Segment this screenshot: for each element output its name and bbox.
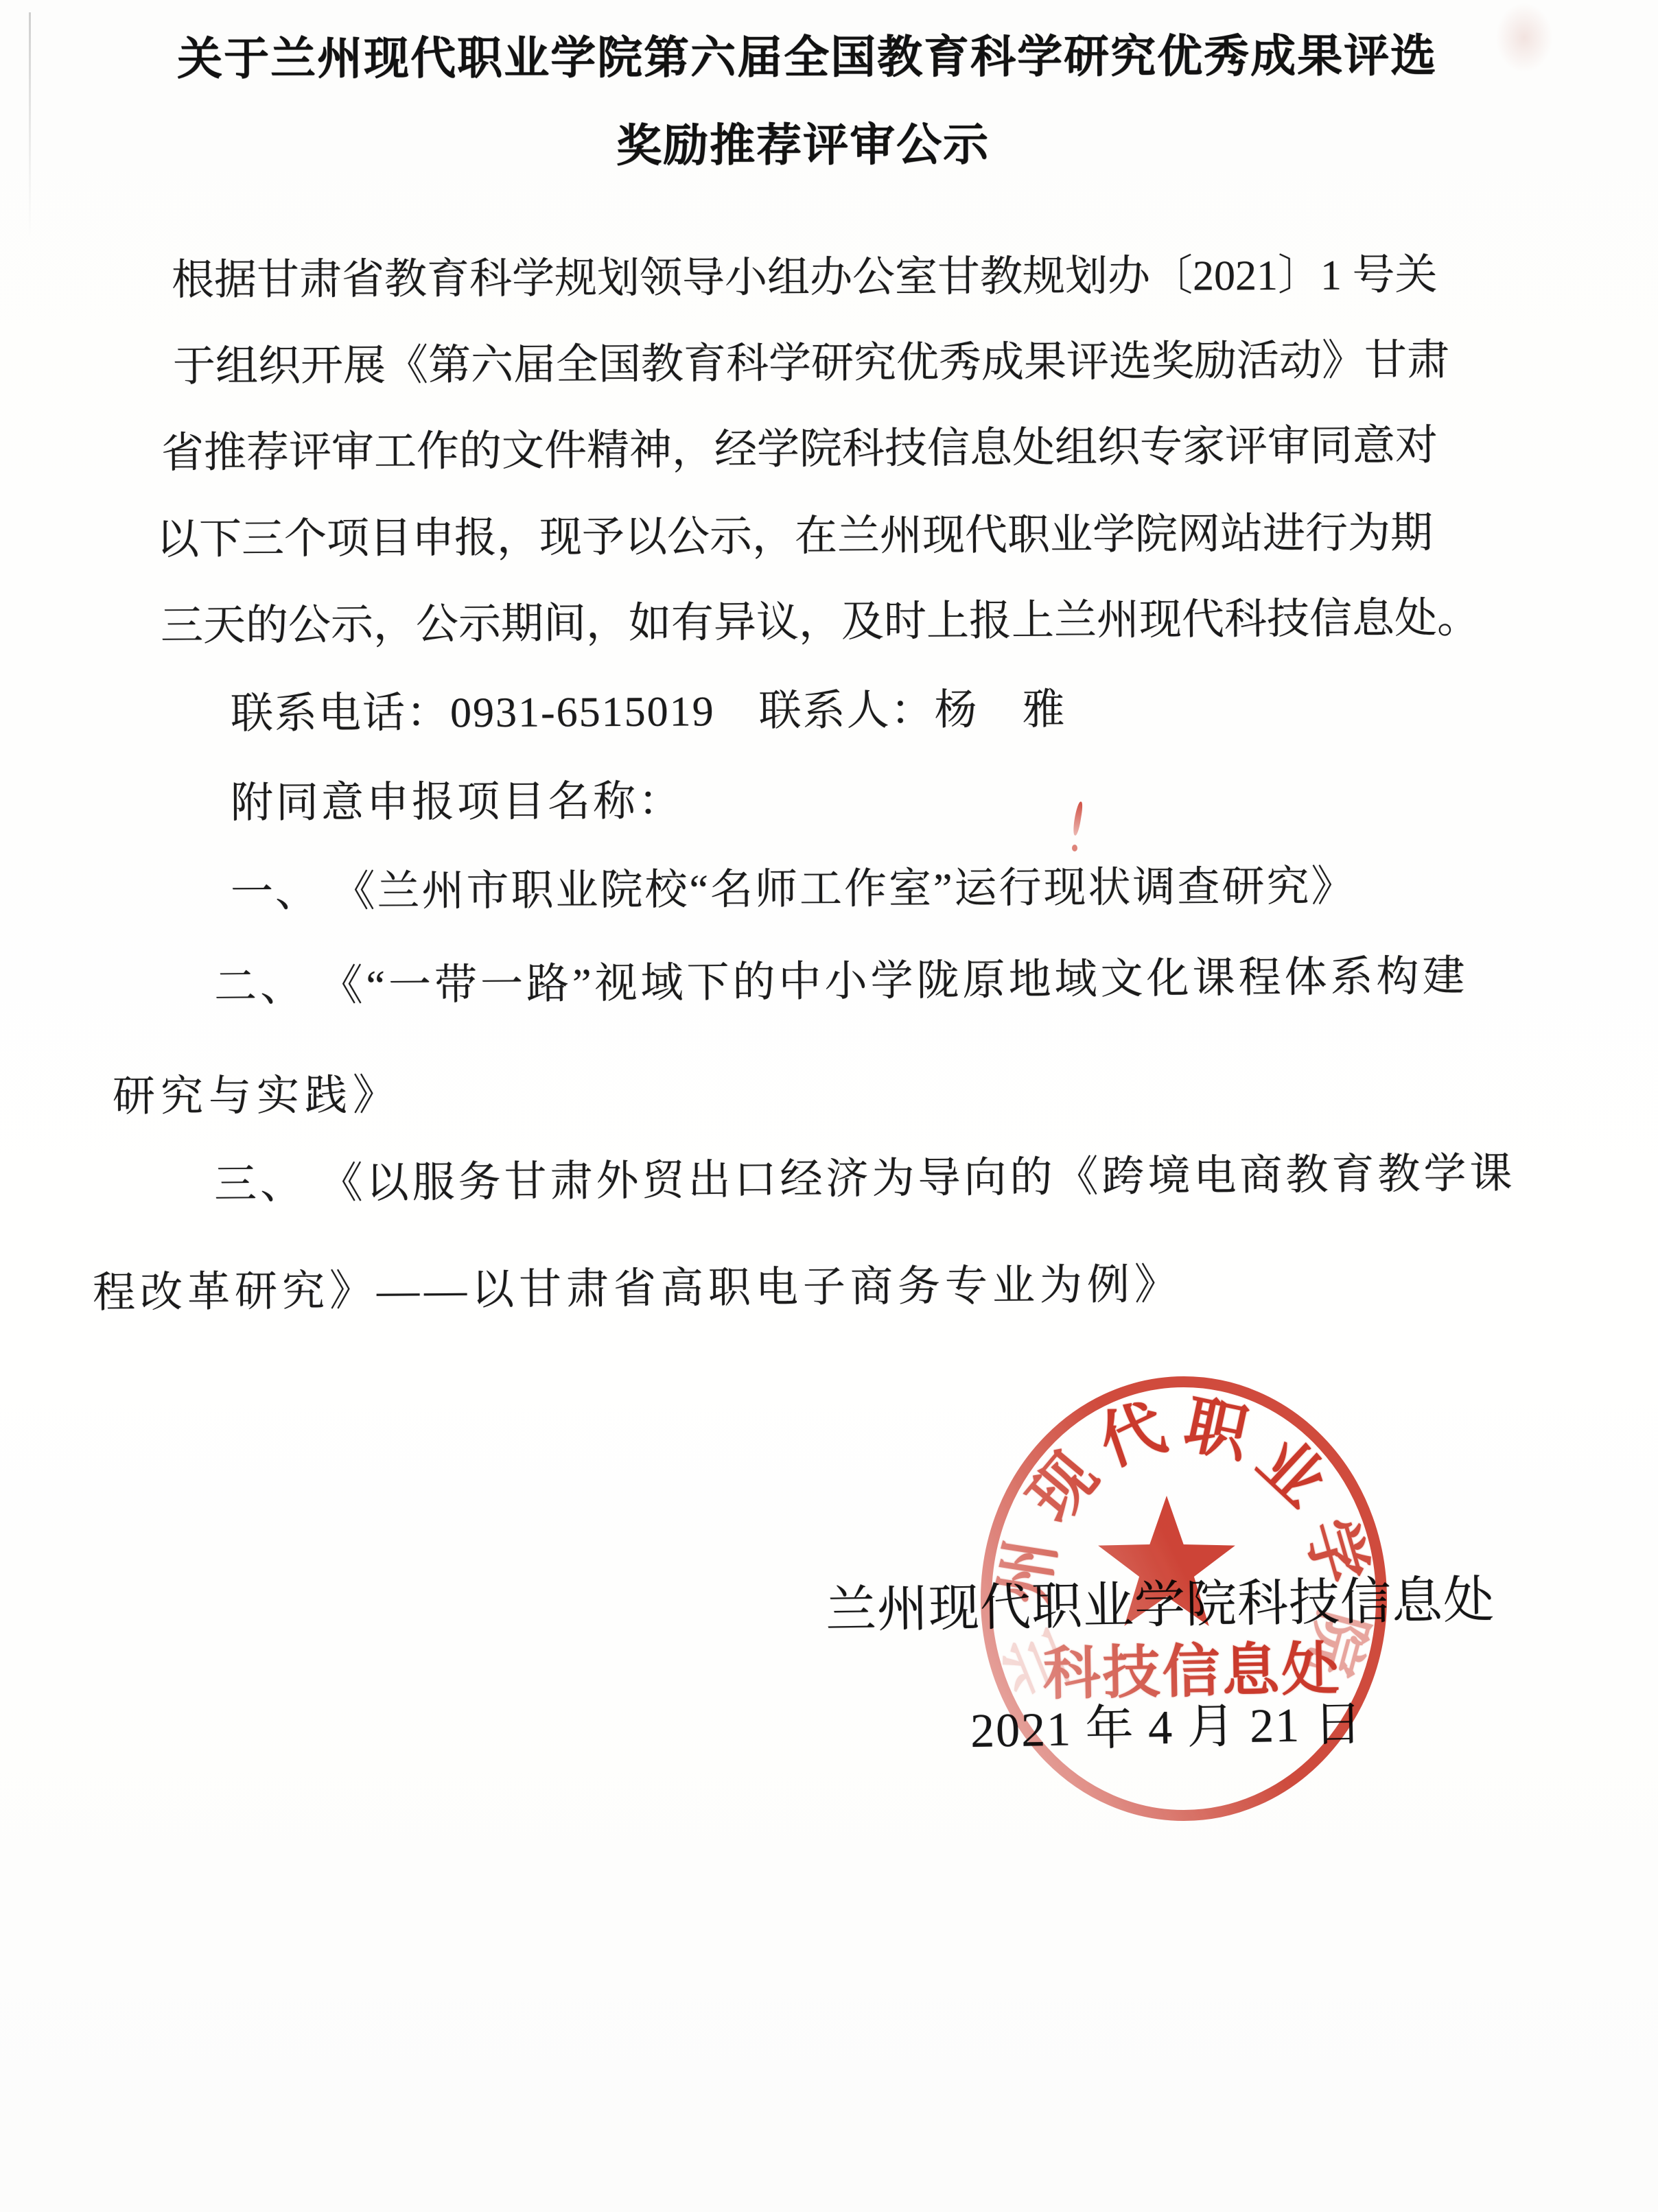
body-line: 三天的公示，公示期间，如有异议，及时上报上兰州现代科技信息处。: [161, 583, 1480, 652]
red-ink-speck: [1072, 801, 1084, 836]
body-line: 于组织开展《第六届全国教育科学研究优秀成果评选奖励活动》甘肃: [173, 325, 1449, 393]
issue-date: 2021 年 4 月 21 日: [970, 1685, 1364, 1761]
document-title-line-1: 关于兰州现代职业学院第六届全国教育科学研究优秀成果评选: [177, 19, 1437, 88]
project-line-3-continued: 程改革研究》——以甘肃省高职电子商务专业为例》: [93, 1250, 1182, 1319]
red-ink-dot: [1072, 845, 1077, 851]
project-line-3: 三、 《以服务甘肃外贸出口经济为导向的《跨境电商教育教学课: [214, 1138, 1516, 1211]
document-page: 关于兰州现代职业学院第六届全国教育科学研究优秀成果评选 奖励推荐评审公示 根据甘…: [0, 0, 1658, 2212]
seal-arc-char: 代: [1093, 1395, 1173, 1475]
body-line: 省推荐评审工作的文件精神，经学院科技信息处组织专家评审同意对: [161, 411, 1438, 480]
contact-line: 联系电话：0931-6515019 联系人：杨 雅: [231, 675, 1066, 740]
project-line-2: 二、 《“一带一路”视域下的中小学陇原地域文化课程体系构建: [214, 941, 1469, 1013]
body-line: 以下三个项目申报，现予以公示，在兰州现代职业学院网站进行为期: [156, 498, 1433, 566]
issuing-department: 兰州现代职业学院科技信息处: [825, 1560, 1495, 1643]
attachment-heading: 附同意申报项目名称：: [231, 766, 684, 829]
seal-arc-char: 现: [1018, 1443, 1108, 1532]
seal-arc-char: 职: [1179, 1392, 1254, 1467]
body-line: 根据甘肃省教育科学规划领导小组办公室甘教规划办〔2021〕1 号关: [172, 240, 1438, 307]
project-line-2-continued: 研究与实践》: [113, 1061, 401, 1123]
scan-streak: [29, 12, 31, 239]
project-line-1: 一、 《兰州市职业院校“名师工作室”运行现状调查研究》: [231, 851, 1356, 919]
document-title-line-2: 奖励推荐评审公示: [616, 108, 990, 174]
seal-arc-char: 业: [1247, 1428, 1336, 1517]
scan-smudge: [1493, 0, 1555, 75]
